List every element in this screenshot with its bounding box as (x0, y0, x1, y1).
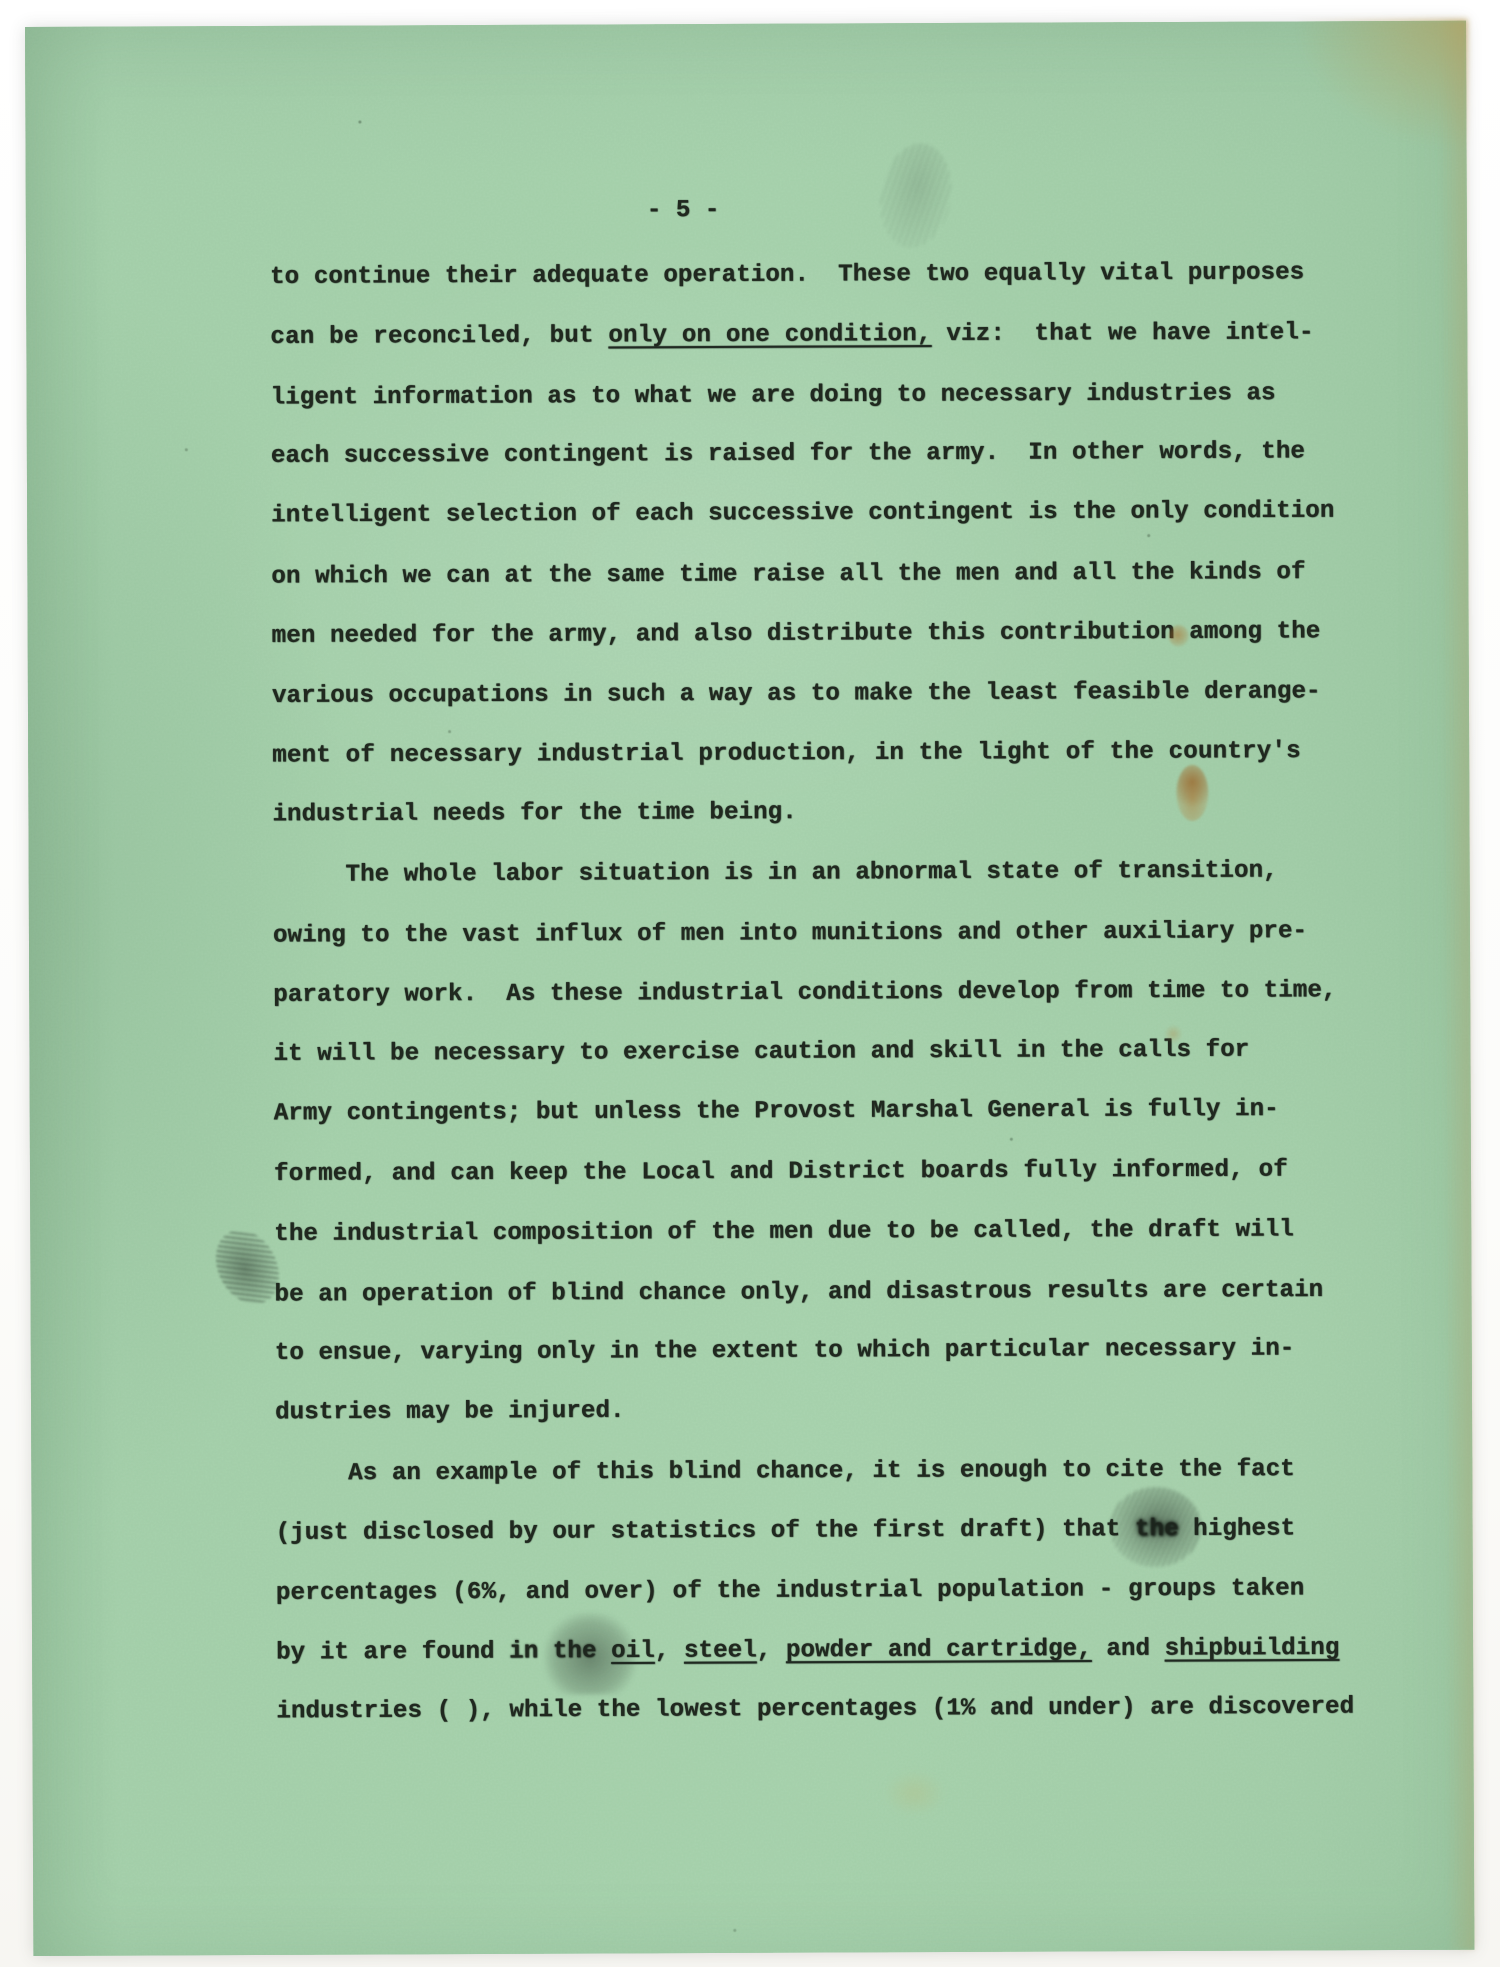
typed-line: the industrial composition of the men du… (274, 1200, 1352, 1264)
typed-segment: industrial needs for the time being. (272, 799, 796, 828)
underlined-text: oil (611, 1638, 655, 1665)
typed-segment (596, 1638, 611, 1665)
document-page: - 5 - to continue their adequate operati… (25, 21, 1474, 1956)
typed-segment: industries ( ), while the lowest percent… (276, 1694, 1354, 1726)
typed-line: be an operation of blind chance only, an… (274, 1260, 1352, 1324)
typed-segment: can be reconciled, but (270, 322, 608, 350)
typed-line: ment of necessary industrial production,… (272, 722, 1350, 786)
typed-line: formed, and can keep the Local and Distr… (274, 1140, 1352, 1204)
typed-segment: owing to the vast influx of men into mun… (273, 918, 1307, 950)
typed-segment: and (1092, 1636, 1165, 1663)
typed-text: to continue their adequate operation. Th… (270, 243, 1354, 1743)
scan-background: - 5 - to continue their adequate operati… (0, 0, 1500, 1967)
smudge-mark (872, 138, 959, 253)
typed-segment: intelligent selection of each successive… (271, 498, 1334, 530)
typed-segment: be an operation of blind chance only, an… (274, 1276, 1323, 1308)
typed-line: The whole labor situation is in an abnor… (273, 841, 1351, 905)
typed-line: each successive contingent is raised for… (271, 423, 1349, 487)
smudged-text: in the (509, 1638, 597, 1665)
typed-segment: , (655, 1638, 684, 1665)
typed-segment: each successive contingent is raised for… (271, 439, 1305, 471)
typed-line: industrial needs for the time being. (272, 781, 1350, 845)
typed-line: men needed for the army, and also distri… (272, 602, 1350, 666)
page-number: - 5 - (647, 197, 720, 225)
typed-segment: various occupations in such a way as to … (272, 678, 1321, 710)
rust-stain (885, 1771, 945, 1815)
underlined-text: shipbuilding (1165, 1635, 1340, 1663)
typed-segment: highest (1179, 1515, 1296, 1543)
typed-segment: dustries may be injured. (275, 1398, 625, 1427)
typed-segment: formed, and can keep the Local and Distr… (274, 1156, 1288, 1187)
typed-line: As an example of this blind chance, it i… (275, 1440, 1353, 1504)
typed-segment: ment of necessary industrial production,… (272, 738, 1301, 769)
typed-segment: by it are found (276, 1639, 509, 1667)
typed-segment: The whole labor situation is in an abnor… (273, 858, 1278, 889)
typed-line: by it are found in the oil, steel, powde… (276, 1619, 1354, 1683)
typed-segment: Army contingents; but unless the Provost… (274, 1096, 1279, 1127)
aging-stain-corner (1298, 19, 1469, 150)
typed-segment: the industrial composition of the men du… (274, 1216, 1294, 1247)
typed-segment: it will be necessary to exercise caution… (273, 1037, 1249, 1068)
typed-segment: ligent information as to what we are doi… (271, 380, 1276, 411)
typed-line: paratory work. As these industrial condi… (273, 961, 1351, 1025)
typed-line: dustries may be injured. (275, 1379, 1353, 1443)
typed-segment: to ensue, varying only in the extent to … (275, 1336, 1295, 1367)
typed-line: on which we can at the same time raise a… (271, 543, 1349, 607)
typed-segment: percentages (6%, and over) of the indust… (276, 1575, 1305, 1606)
typed-segment: As an example of this blind chance, it i… (275, 1456, 1295, 1487)
typed-line: Army contingents; but unless the Provost… (274, 1080, 1352, 1144)
aging-stain-edge (1438, 21, 1474, 1950)
paper-specks (25, 27, 28, 30)
underlined-text: steel (684, 1638, 757, 1665)
typed-line: to ensue, varying only in the extent to … (275, 1320, 1353, 1384)
typed-segment: paratory work. As these industrial condi… (273, 977, 1336, 1009)
typed-segment: on which we can at the same time raise a… (271, 559, 1305, 591)
typed-line: owing to the vast influx of men into mun… (273, 902, 1351, 966)
typed-line: it will be necessary to exercise caution… (273, 1021, 1351, 1085)
typed-line: can be reconciled, but only on one condi… (270, 303, 1348, 367)
typed-line: percentages (6%, and over) of the indust… (276, 1559, 1354, 1623)
underlined-text: powder and cartridge, (786, 1636, 1092, 1664)
typed-segment: viz: that we have intel- (932, 319, 1314, 348)
typed-line: (just disclosed by our statistics of the… (275, 1499, 1353, 1563)
typed-line: intelligent selection of each successive… (271, 482, 1349, 546)
typed-line: to continue their adequate operation. Th… (270, 243, 1348, 307)
typed-line: ligent information as to what we are doi… (270, 363, 1348, 427)
typed-segment: (just disclosed by our statistics of the… (276, 1516, 1135, 1547)
underlined-text: only on one condition, (608, 321, 931, 349)
typed-line: various occupations in such a way as to … (272, 662, 1350, 726)
typed-segment: men needed for the army, and also distri… (272, 618, 1321, 650)
typed-line: industries ( ), while the lowest percent… (276, 1678, 1354, 1742)
typed-segment: , (757, 1638, 786, 1665)
smudged-text: the (1135, 1516, 1179, 1543)
typed-segment: to continue their adequate operation. Th… (270, 259, 1304, 291)
